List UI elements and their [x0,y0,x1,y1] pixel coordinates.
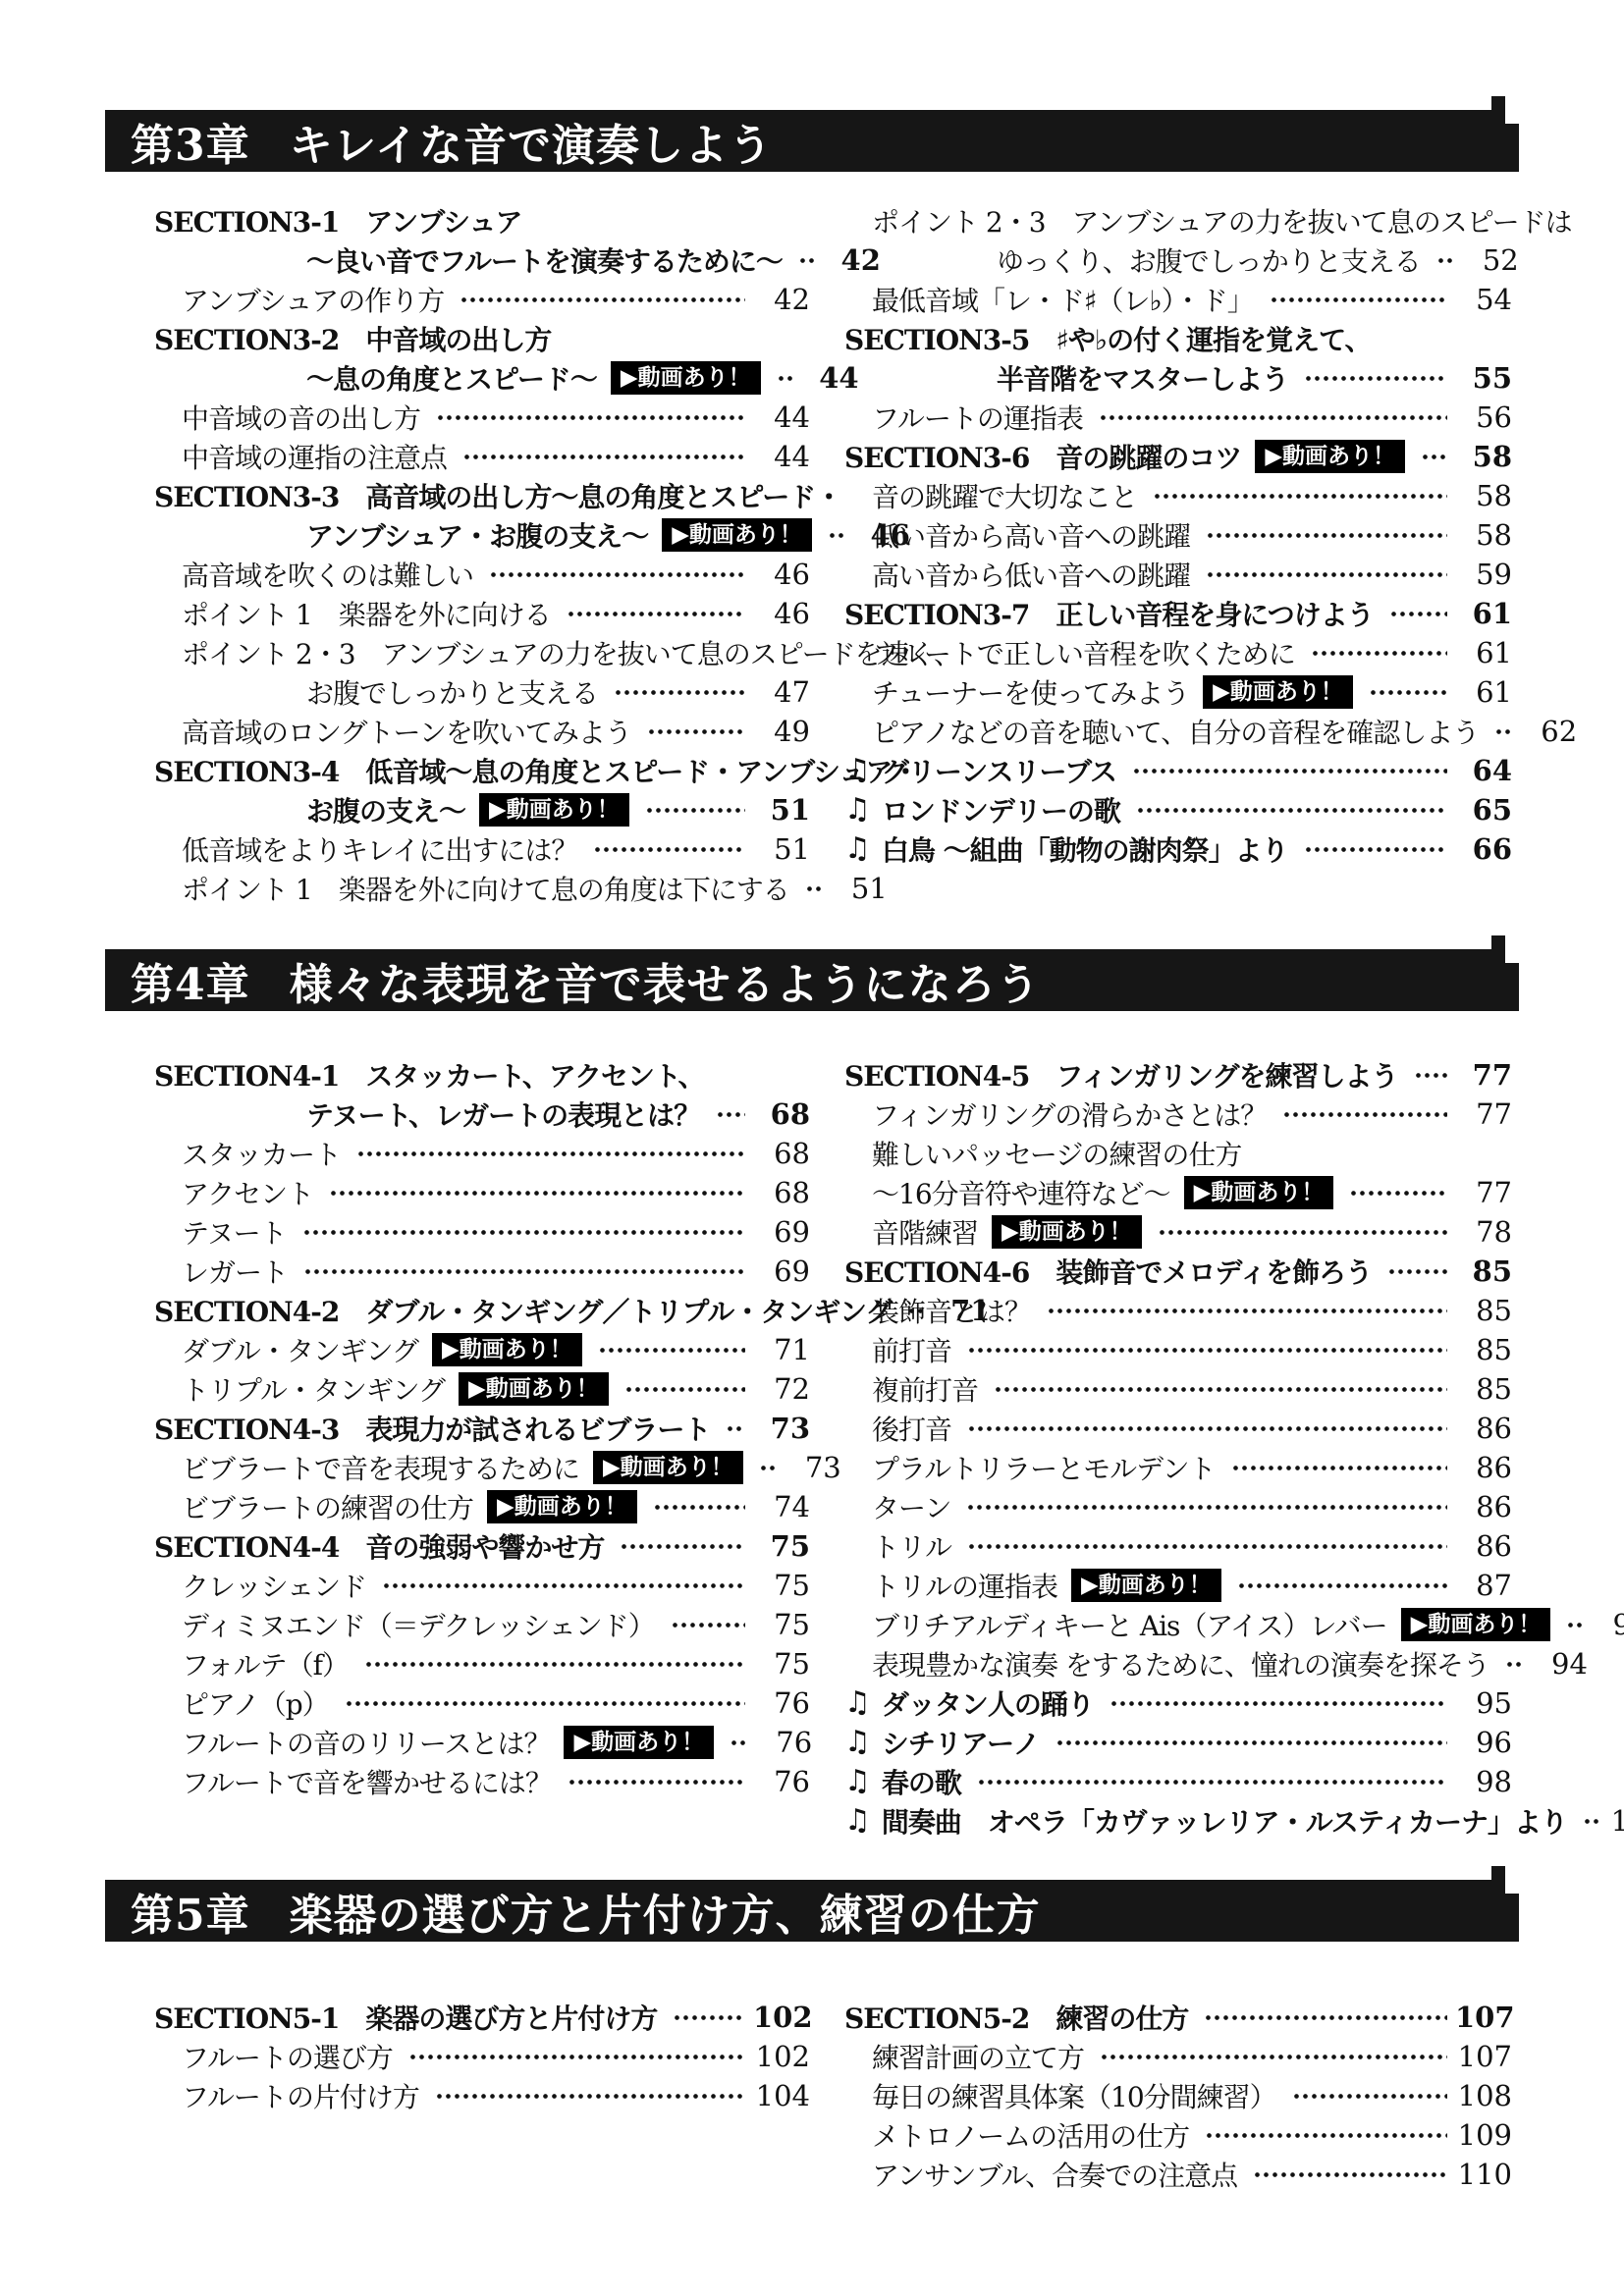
dot-leader [435,2076,745,2115]
toc-entry: ブリチアルディキーと Ais（アイス）レバー▶動画あり！92 [844,1605,1512,1644]
dot-leader [967,1330,1447,1369]
video-available-badge: ▶動画あり！ [1203,675,1353,709]
entry-text: アンブシュア・お腹の支え～ [306,515,648,555]
page-number: 44 [753,440,810,473]
entry-text: ポイント 1 楽器を外に向ける [182,594,551,633]
toc-entry: ♫グリーンスリーブス64 [844,751,1512,790]
dot-leader [967,1409,1447,1448]
dot-leader [730,1723,747,1762]
entry-text: フルートの音のリリースとは？ [182,1723,550,1762]
chapter-number: 第4章 [131,949,250,1012]
toc-entry: ピアノ（p）76 [154,1683,810,1723]
music-note-icon: ♫ [844,1723,870,1762]
dot-leader [382,1566,745,1605]
dot-leader [568,1762,745,1801]
entry-text: SECTION4-1 スタッカート、アクセント、 [154,1055,704,1095]
dot-leader [977,1762,1447,1801]
page-number: 52 [1462,243,1519,277]
toc-entry: SECTION5-1 楽器の選び方と片付け方102 [154,1998,810,2037]
toc-entry: 高音域を吹くのは難しい46 [154,555,810,594]
toc-entry: フルートで音を響かせるには？76 [154,1762,810,1801]
dot-leader [462,437,745,476]
page-number: 76 [755,1726,812,1759]
toc-entry: ♫白鳥 ～組曲「動物の謝肉祭」より66 [844,829,1512,869]
entry-text: ピアノなどの音を聴いて、自分の音程を確認しよう [872,712,1479,751]
music-note-icon: ♫ [844,751,870,790]
page-number: 78 [1455,1215,1512,1249]
page-number: 71 [753,1333,810,1366]
video-available-badge: ▶動画あり！ [1401,1608,1551,1641]
dot-leader [1153,476,1447,515]
entry-text: シチリアーノ [882,1723,1040,1762]
dot-leader [1583,1801,1600,1841]
page-number: 102 [753,2001,810,2034]
entry-text: 低音域をよりキレイに出すには？ [182,829,577,869]
video-available-badge: ▶動画あり！ [1184,1176,1334,1209]
video-available-badge: ▶動画あり！ [487,1490,637,1523]
page-number: 73 [753,1412,810,1445]
toc-entry: ポイント 2・3 アンブシュアの力を抜いて息のスピードは [844,201,1512,240]
dot-leader [1056,1723,1447,1762]
entry-text: 高音域を吹くのは難しい [182,555,473,594]
page-number: 51 [753,832,810,866]
dot-leader [1387,1252,1447,1291]
page-number: 77 [1455,1097,1512,1131]
toc-entry: フィンガリングの滑らかさとは？77 [844,1095,1512,1134]
entry-text: ディミヌエンド（＝デクレッシェンド） [182,1605,655,1644]
toc-entry: 表現豊かな演奏 をするために、憧れの演奏を探そう94 [844,1644,1512,1683]
toc-entry: ポイント 2・3 アンブシュアの力を抜いて息のスピードを速く、 [154,633,810,672]
entry-text: ビブラートの練習の仕方 [182,1487,473,1526]
toc-entry: 難しいパッセージの練習の仕方 [844,1134,1512,1173]
entry-text: お腹の支え～ [306,790,465,829]
toc-entry: 音階練習▶動画あり！78 [844,1212,1512,1252]
entry-text: ダブル・タンギング [182,1330,418,1369]
chapter-number: 第5章 [131,1880,250,1943]
entry-text: ポイント 1 楽器を外に向けて息の角度は下にする [182,869,789,908]
entry-text: スタッカート [182,1134,341,1173]
dot-leader [967,1526,1447,1566]
dot-leader [408,2037,745,2076]
toc-entry: ビブラートの練習の仕方▶動画あり！74 [154,1487,810,1526]
dot-leader [593,829,745,869]
chapter-title: 様々な表現を音で表せるようになろう [290,949,1041,1012]
page-number: 75 [753,1569,810,1602]
toc-entry: レガート69 [154,1252,810,1291]
page-number: 104 [753,2079,810,2112]
toc-entry: フルートの運指表56 [844,398,1512,437]
page-number: 61 [1455,597,1512,630]
dot-leader [726,1409,745,1448]
entry-text: 中音域の音の出し方 [182,398,420,437]
chapter-3-section: 第3章 キレイな音で演奏しよう SECTION3-1 アンブシュア～良い音でフル… [105,110,1519,908]
dot-leader [647,712,745,751]
dot-leader [798,240,816,280]
dot-leader [1206,555,1447,594]
entry-text: フルートの選び方 [182,2037,393,2076]
entry-text: SECTION3-1 アンブシュア [154,201,522,240]
dot-leader [1205,2115,1447,2155]
page-number: 96 [1455,1726,1512,1759]
dot-leader [1282,1095,1447,1134]
page-number: 68 [753,1097,810,1131]
toc-entry: スタッカート68 [154,1134,810,1173]
dot-leader [645,790,745,829]
dot-leader [1132,751,1447,790]
page-number: 74 [753,1490,810,1523]
dot-leader [1421,437,1447,476]
toc-entry: チューナーを使ってみよう▶動画あり！61 [844,672,1512,712]
video-available-badge: ▶動画あり！ [432,1333,582,1366]
toc-column-right: SECTION5-2 練習の仕方107練習計画の立て方107毎日の練習具体案（1… [844,1998,1512,2194]
toc-entry: 高い音から低い音への跳躍59 [844,555,1512,594]
toc-column-left: SECTION4-1 スタッカート、アクセント、テヌート、レガートの表現とは？6… [154,1055,810,1801]
page-number: 85 [1455,1333,1512,1366]
entry-text: フィンガリングの滑らかさとは？ [872,1095,1267,1134]
entry-text: ビブラートで音を表現するために [182,1448,579,1487]
entry-text: 低い音から高い音への跳躍 [872,515,1190,555]
music-note-icon: ♫ [844,1762,870,1801]
page-number: 86 [1455,1412,1512,1445]
dot-leader [302,1212,745,1252]
entry-text: トリル [872,1526,951,1566]
page-number: 109 [1455,2118,1512,2152]
page-number: 68 [753,1137,810,1170]
music-note-icon: ♫ [844,790,870,829]
entry-text: トリルの運指表 [872,1566,1057,1605]
dot-leader [1292,2076,1447,2115]
page-number: 107 [1455,2040,1512,2073]
chapter-4-columns: SECTION4-1 スタッカート、アクセント、テヌート、レガートの表現とは？6… [105,1055,1519,1841]
toc-entry: 中音域の運指の注意点44 [154,437,810,476]
page-number: 92 [1592,1608,1624,1641]
toc-entry: ♫ダッタン人の踊り95 [844,1683,1512,1723]
toc-entry: 後打音86 [844,1409,1512,1448]
toc-entry: 音の跳躍で大切なこと58 [844,476,1512,515]
dot-leader [653,1487,745,1526]
dot-leader [716,1095,745,1134]
entry-text: SECTION3-4 低音域～息の角度とスピード・アンブシュア・ [154,751,918,790]
entry-text: 最低音域「レ・ド♯（レ♭）・ド」 [872,280,1254,319]
page-number: 75 [753,1608,810,1641]
dot-leader [1231,1448,1447,1487]
toc-entry: お腹でしっかりと支える47 [154,672,810,712]
chapter-5-columns: SECTION5-1 楽器の選び方と片付け方102フルートの選び方102フルート… [105,1998,1519,2194]
page-number: 100 [1608,1804,1624,1838]
page-number: 46 [753,597,810,630]
entry-text: 表現豊かな演奏 をするために、憧れの演奏を探そう [872,1644,1489,1683]
entry-text: SECTION3-3 高音域の出し方～息の角度とスピード・ [154,476,841,515]
toc-page: 第3章 キレイな音で演奏しよう SECTION3-1 アンブシュア～良い音でフル… [0,0,1624,2296]
dot-leader [1349,1173,1447,1212]
toc-entry: ～良い音でフルートを演奏するために～42 [154,240,810,280]
entry-text: 前打音 [872,1330,951,1369]
toc-entry: SECTION5-2 練習の仕方107 [844,1998,1512,2037]
dot-leader [303,1252,745,1291]
toc-entry: フルートで正しい音程を吹くために61 [844,633,1512,672]
toc-entry: ピアノなどの音を聴いて、自分の音程を確認しよう62 [844,712,1512,751]
toc-entry: SECTION3-7 正しい音程を身につけよう61 [844,594,1512,633]
chapter-4-header-bar: 第4章 様々な表現を音で表せるようになろう [105,949,1519,1011]
toc-entry: ディミヌエンド（＝デクレッシェンド）75 [154,1605,810,1644]
dot-leader [1436,240,1454,280]
entry-text: ～16分音符や連符など～ [872,1173,1170,1212]
toc-entry: SECTION4-5 フィンガリングを練習しよう77 [844,1055,1512,1095]
chapter-number: 第3章 [131,110,250,173]
toc-entry: ♫春の歌98 [844,1762,1512,1801]
toc-entry: 低い音から高い音への跳躍58 [844,515,1512,555]
page-number: 95 [1455,1686,1512,1720]
entry-text: 間奏曲 オペラ「カヴァッレリア・ルスティカーナ」より [882,1801,1567,1841]
page-number: 108 [1455,2079,1512,2112]
toc-entry: ダブル・タンギング▶動画あり！71 [154,1330,810,1369]
dot-leader [1158,1212,1447,1252]
toc-entry: プラルトリラーとモルデント86 [844,1448,1512,1487]
dot-leader [345,1683,745,1723]
toc-entry: 装飾音とは？85 [844,1291,1512,1330]
page-number: 46 [753,558,810,591]
entry-text: SECTION5-1 楽器の選び方と片付け方 [154,1998,657,2037]
entry-text: 練習計画の立て方 [872,2037,1084,2076]
toc-entry: トリル86 [844,1526,1512,1566]
page-number: 42 [753,283,810,316]
dot-leader [1099,398,1447,437]
entry-text: アクセント [182,1173,313,1212]
page-number: 107 [1455,2001,1512,2034]
page-number: 75 [753,1647,810,1681]
toc-entry: SECTION3-1 アンブシュア [154,201,810,240]
entry-text: ブリチアルディキーと Ais（アイス）レバー [872,1605,1387,1644]
page-number: 58 [1455,518,1512,552]
page-number: 51 [753,793,810,827]
toc-entry: 毎日の練習具体案（10分間練習）108 [844,2076,1512,2115]
entry-text: SECTION4-2 ダブル・タンギング／トリプル・タンギング [154,1291,892,1330]
toc-entry: メトロノームの活用の仕方109 [844,2115,1512,2155]
toc-entry: SECTION4-3 表現力が試されるビブラート73 [154,1409,810,1448]
page-number: 68 [753,1176,810,1209]
toc-column-left: SECTION5-1 楽器の選び方と片付け方102フルートの選び方102フルート… [154,1998,810,2115]
dot-leader [1505,1644,1523,1683]
entry-text: ロンドンデリーの歌 [882,790,1120,829]
toc-entry: ポイント 1 楽器を外に向ける46 [154,594,810,633]
toc-entry: ビブラートで音を表現するために▶動画あり！73 [154,1448,810,1487]
dot-leader [567,594,745,633]
dot-leader [598,1330,745,1369]
entry-text: フルートの片付け方 [182,2076,419,2115]
page-number: 85 [1455,1372,1512,1406]
entry-text: 難しいパッセージの練習の仕方 [872,1134,1241,1173]
page-number: 86 [1455,1451,1512,1484]
page-number: 98 [1455,1765,1512,1798]
toc-entry: フルートの選び方102 [154,2037,810,2076]
page-number: 44 [753,400,810,434]
toc-entry: テヌート、レガートの表現とは？68 [154,1095,810,1134]
dot-leader [1414,1055,1447,1095]
page-number: 87 [1455,1569,1512,1602]
dot-leader [1047,1291,1447,1330]
dot-leader [759,1448,777,1487]
dot-leader [1369,672,1447,712]
entry-text: 音の跳躍で大切なこと [872,476,1137,515]
entry-text: ターン [872,1487,950,1526]
toc-entry: フォルテ（f）75 [154,1644,810,1683]
chapter-title: 楽器の選び方と片付け方、練習の仕方 [290,1880,1041,1943]
dot-leader [1494,712,1512,751]
video-available-badge: ▶動画あり！ [1255,440,1405,473]
toc-entry: SECTION3-6 音の跳躍のコツ▶動画あり！58 [844,437,1512,476]
music-note-icon: ♫ [844,1683,870,1723]
entry-text: SECTION4-3 表現力が試されるビブラート [154,1409,710,1448]
toc-entry: フルートの片付け方104 [154,2076,810,2115]
entry-text: 高い音から低い音への跳躍 [872,555,1190,594]
page-number: 58 [1455,440,1512,473]
dot-leader [624,1369,745,1409]
page-number: 54 [1455,283,1512,316]
page-number: 69 [753,1255,810,1288]
dot-leader [1566,1605,1584,1644]
entry-text: フルートで音を響かせるには？ [182,1762,552,1801]
toc-entry: SECTION3-3 高音域の出し方～息の角度とスピード・ [154,476,810,515]
entry-text: アンブシュアの作り方 [182,280,444,319]
dot-leader [1206,515,1447,555]
toc-entry: SECTION4-2 ダブル・タンギング／トリプル・タンギング71 [154,1291,810,1330]
page-number: 49 [753,715,810,748]
video-available-badge: ▶動画あり！ [593,1451,743,1484]
page-number: 86 [1455,1490,1512,1523]
toc-entry: 中音域の音の出し方44 [154,398,810,437]
dot-leader [1204,1998,1447,2037]
page-number: 65 [1455,793,1512,827]
toc-entry: アクセント68 [154,1173,810,1212]
dot-leader [966,1487,1447,1526]
entry-text: SECTION4-6 装飾音でメロディを飾ろう [844,1252,1372,1291]
entry-text: SECTION3-2 中音域の出し方 [154,319,551,358]
toc-entry: ♫シチリアーノ96 [844,1723,1512,1762]
entry-text: プラルトリラーとモルデント [872,1448,1216,1487]
video-available-badge: ▶動画あり！ [479,793,629,827]
entry-text: グリーンスリーブス [882,751,1116,790]
dot-leader [1237,1566,1447,1605]
dot-leader [460,280,745,319]
dot-leader [1100,2037,1447,2076]
toc-entry: テヌート69 [154,1212,810,1252]
toc-entry: SECTION4-1 スタッカート、アクセント、 [154,1055,810,1095]
toc-entry: ゆっくり、お腹でしっかりと支える52 [844,240,1512,280]
entry-text: テヌート、レガートの表現とは？ [306,1095,700,1134]
entry-text: フルートで正しい音程を吹くために [872,633,1295,672]
toc-entry: 高音域のロングトーンを吹いてみよう49 [154,712,810,751]
chapter-5-section: 第5章 楽器の選び方と片付け方、練習の仕方 SECTION5-1 楽器の選び方と… [105,1880,1519,2194]
video-available-badge: ▶動画あり！ [992,1215,1142,1249]
toc-entry: クレッシェンド75 [154,1566,810,1605]
entry-text: チューナーを使ってみよう [872,672,1189,712]
video-available-badge: ▶動画あり！ [662,518,812,552]
entry-text: テヌート [182,1212,287,1252]
dot-leader [1304,829,1447,869]
toc-column-right: SECTION4-5 フィンガリングを練習しよう77フィンガリングの滑らかさとは… [844,1055,1512,1841]
toc-entry: ターン86 [844,1487,1512,1526]
page-number: 75 [753,1529,810,1563]
page-number: 85 [1455,1255,1512,1288]
toc-entry: SECTION4-6 装飾音でメロディを飾ろう85 [844,1252,1512,1291]
toc-entry: 前打音85 [844,1330,1512,1369]
toc-entry: ♫間奏曲 オペラ「カヴァッレリア・ルスティカーナ」より100 [844,1801,1512,1841]
page-number: 85 [1455,1294,1512,1327]
dot-leader [1311,633,1447,672]
dot-leader [673,1998,745,2037]
dot-leader [671,1605,745,1644]
entry-text: ポイント 2・3 アンブシュアの力を抜いて息のスピードは [872,201,1572,240]
entry-text: レガート [182,1252,288,1291]
toc-entry: 練習計画の立て方107 [844,2037,1512,2076]
music-note-icon: ♫ [844,1801,870,1841]
page-number: 55 [1455,361,1512,395]
dot-leader [1136,790,1447,829]
page-number: 47 [753,675,810,709]
page-number: 77 [1455,1058,1512,1092]
dot-leader [614,672,745,712]
toc-entry: ～息の角度とスピード～▶動画あり！44 [154,358,810,398]
chapter-4-section: 第4章 様々な表現を音で表せるようになろう SECTION4-1 スタッカート、… [105,949,1519,1841]
page-number: 69 [753,1215,810,1249]
chapter-3-columns: SECTION3-1 アンブシュア～良い音でフルートを演奏するために～42アンブ… [105,201,1519,908]
page-number: 61 [1455,675,1512,709]
entry-text: トリプル・タンギング [182,1369,445,1409]
dot-leader [1110,1683,1447,1723]
page-number: 56 [1455,400,1512,434]
dot-leader [356,1134,745,1173]
page-number: 51 [831,872,888,905]
page-number: 77 [1455,1176,1512,1209]
chapter-title: キレイな音で演奏しよう [290,110,773,173]
entry-text: ピアノ（p） [182,1683,329,1723]
toc-entry: 複前打音85 [844,1369,1512,1409]
toc-entry: 最低音域「レ・ド♯（レ♭）・ド」54 [844,280,1512,319]
video-available-badge: ▶動画あり！ [1071,1569,1221,1602]
dot-leader [1253,2155,1447,2194]
toc-entry: ～16分音符や連符など～▶動画あり！77 [844,1173,1512,1212]
entry-text: ～息の角度とスピード～ [306,358,597,398]
toc-entry: ♫ロンドンデリーの歌65 [844,790,1512,829]
dot-leader [994,1369,1447,1409]
toc-entry: アンブシュア・お腹の支え～▶動画あり！46 [154,515,810,555]
toc-column-left: SECTION3-1 アンブシュア～良い音でフルートを演奏するために～42アンブ… [154,201,810,908]
page-number: 76 [753,1765,810,1798]
entry-text: SECTION3-5 ♯や♭の付く運指を覚えて、 [844,319,1372,358]
dot-leader [1389,594,1447,633]
dot-leader [436,398,745,437]
entry-text: フォルテ（f） [182,1644,349,1683]
page-number: 61 [1455,636,1512,669]
chapter-3-header-bar: 第3章 キレイな音で演奏しよう [105,110,1519,172]
dot-leader [828,515,845,555]
entry-text: SECTION3-7 正しい音程を身につけよう [844,594,1374,633]
toc-entry: 半音階をマスターしよう55 [844,358,1512,398]
dot-leader [364,1644,745,1683]
dot-leader [777,358,794,398]
entry-text: ダッタン人の踊り [882,1683,1094,1723]
page-number: 94 [1531,1647,1588,1681]
page-number: 110 [1455,2158,1512,2191]
video-available-badge: ▶動画あり！ [459,1372,609,1406]
entry-text: ゆっくり、お腹でしっかりと支える [997,240,1421,280]
page-number: 102 [753,2040,810,2073]
entry-text: 後打音 [872,1409,951,1448]
entry-text: 半音階をマスターしよう [997,358,1288,398]
entry-text: 高音域のロングトーンを吹いてみよう [182,712,631,751]
toc-entry: アンブシュアの作り方42 [154,280,810,319]
entry-text: ～良い音でフルートを演奏するために～ [306,240,783,280]
